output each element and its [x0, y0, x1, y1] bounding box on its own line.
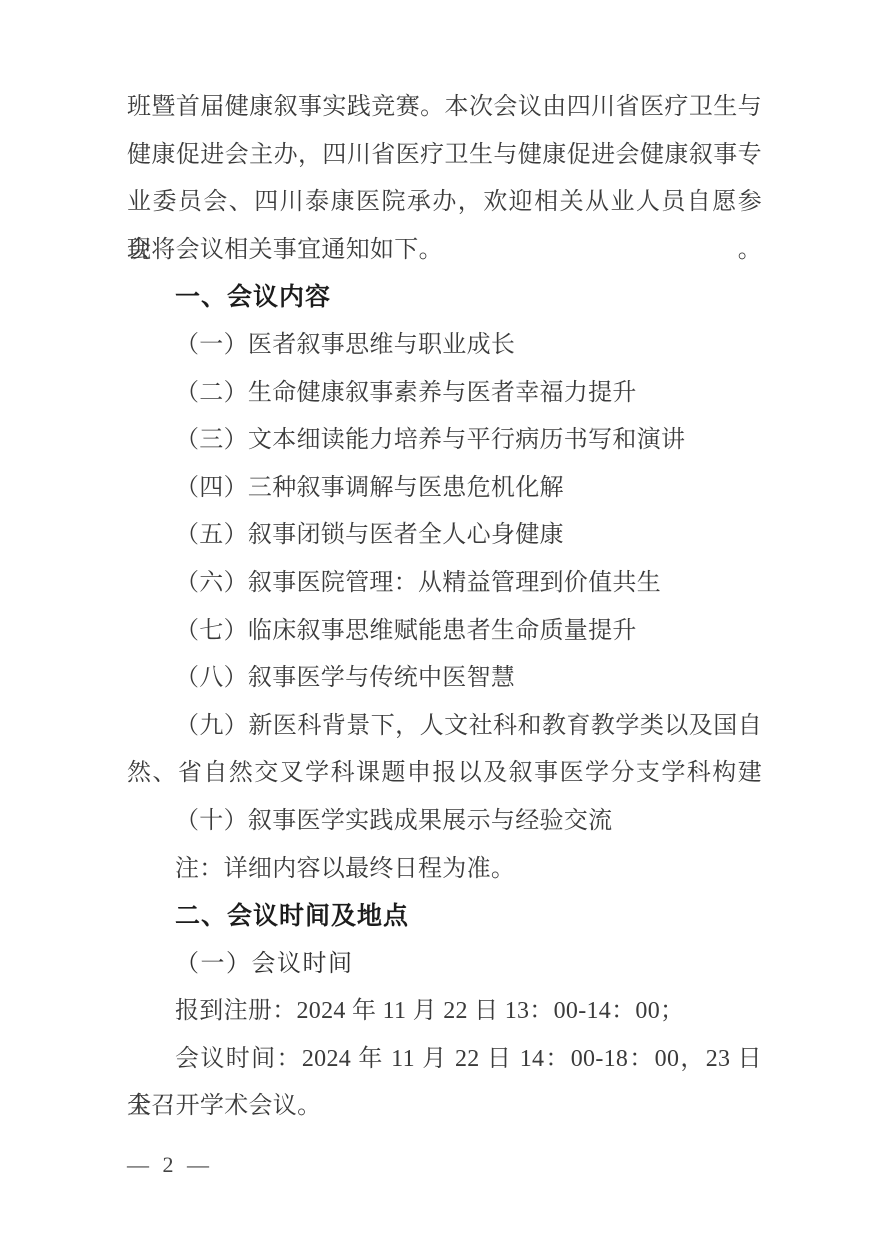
meeting-time-line-1: 会议时间：2024 年 11 月 22 日 14：00-18：00，23 日全	[127, 1036, 762, 1084]
document-body: 班暨首届健康叙事实践竞赛。本次会议由四川省医疗卫生与 健康促进会主办，四川省医疗…	[127, 84, 762, 1131]
subheading-meeting-time: （一）会议时间	[127, 941, 762, 989]
heading-meeting-time-location: 二、会议时间及地点	[127, 893, 762, 941]
agenda-item-9-line-2: 然、省自然交叉学科课题申报以及叙事医学分支学科构建	[127, 750, 762, 798]
agenda-note: 注：详细内容以最终日程为准。	[127, 846, 762, 894]
meeting-time-line-2: 天召开学术会议。	[127, 1083, 762, 1131]
intro-line-2: 健康促进会主办，四川省医疗卫生与健康促进会健康叙事专	[127, 132, 762, 180]
agenda-item-10: （十）叙事医学实践成果展示与经验交流	[127, 798, 762, 846]
agenda-item-3: （三）文本细读能力培养与平行病历书写和演讲	[127, 417, 762, 465]
registration-time-line: 报到注册：2024 年 11 月 22 日 13：00-14：00；	[127, 988, 762, 1036]
agenda-item-4: （四）三种叙事调解与医患危机化解	[127, 465, 762, 513]
agenda-item-2: （二）生命健康叙事素养与医者幸福力提升	[127, 370, 762, 418]
agenda-item-9-line-1: （九）新医科背景下，人文社科和教育教学类以及国自	[127, 703, 762, 751]
heading-meeting-content: 一、会议内容	[127, 274, 762, 322]
page-number: — 2 —	[127, 1148, 213, 1182]
intro-line-1: 班暨首届健康叙事实践竞赛。本次会议由四川省医疗卫生与	[127, 84, 762, 132]
agenda-item-5: （五）叙事闭锁与医者全人心身健康	[127, 512, 762, 560]
intro-line-3: 业委员会、四川泰康医院承办，欢迎相关从业人员自愿参会。	[127, 179, 762, 227]
document-page: 班暨首届健康叙事实践竞赛。本次会议由四川省医疗卫生与 健康促进会主办，四川省医疗…	[0, 0, 886, 1242]
agenda-item-7: （七）临床叙事思维赋能患者生命质量提升	[127, 608, 762, 656]
agenda-item-8: （八）叙事医学与传统中医智慧	[127, 655, 762, 703]
agenda-item-1: （一）医者叙事思维与职业成长	[127, 322, 762, 370]
agenda-item-6: （六）叙事医院管理：从精益管理到价值共生	[127, 560, 762, 608]
